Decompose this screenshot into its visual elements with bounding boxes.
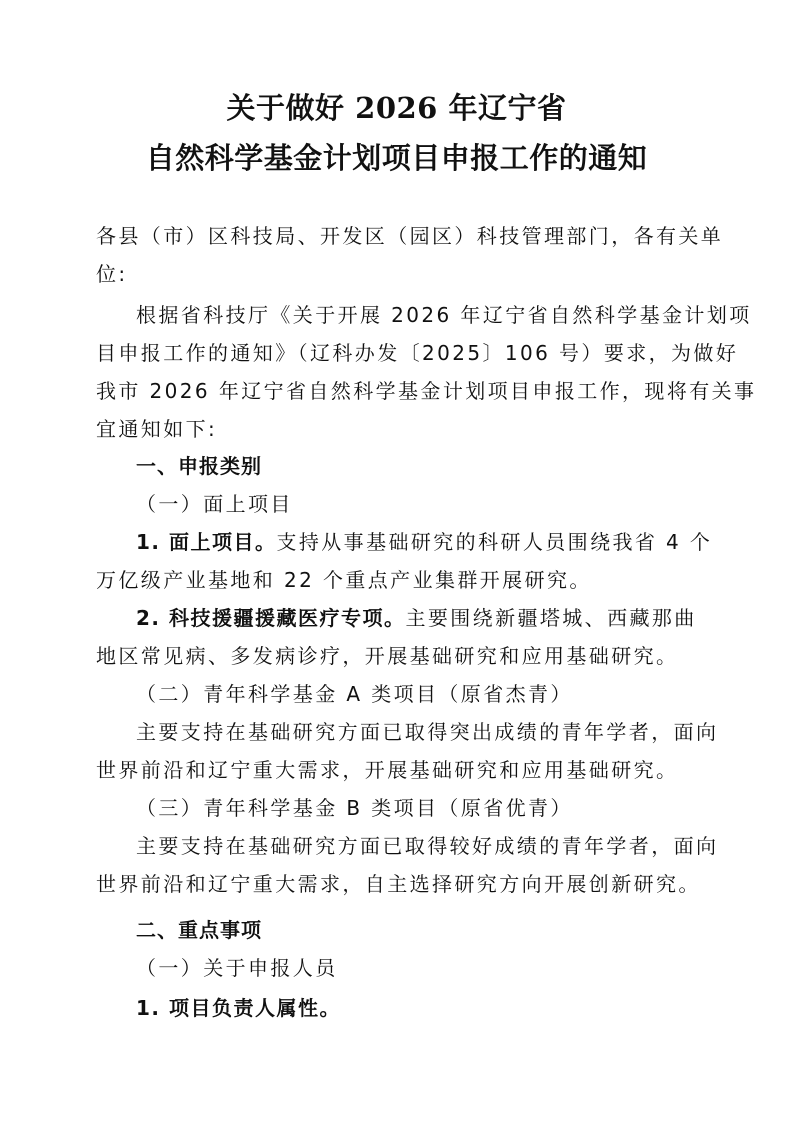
- section-1-sub-3-text-line-2: 世界前沿和辽宁重大需求，自主选择研究方向开展创新研究。: [96, 870, 701, 898]
- section-1-item-2-line-2: 地区常见病、多发病诊疗，开展基础研究和应用基础研究。: [96, 642, 678, 670]
- section-1-sub-2-heading: （二）青年科学基金 A 类项目（原省杰青）: [136, 680, 573, 708]
- intro-line-3: 我市 2026 年辽宁省自然科学基金计划项目申报工作，现将有关事: [96, 377, 756, 405]
- item-1-text: 支持从事基础研究的科研人员围绕我省 4 个: [276, 530, 712, 554]
- document-title-line-2: 自然科学基金计划项目申报工作的通知: [0, 136, 793, 177]
- section-1-item-2-line-1: 2. 科技援疆援藏医疗专项。主要围绕新疆塔城、西藏那曲: [136, 604, 697, 632]
- section-2-sub-1-heading: （一）关于申报人员: [136, 954, 338, 982]
- item-1-label: 1. 面上项目。: [136, 530, 276, 554]
- salutation-line-2: 位:: [96, 260, 128, 288]
- section-1-sub-3-text-line-1: 主要支持在基础研究方面已取得较好成绩的青年学者，面向: [136, 832, 718, 860]
- intro-line-1: 根据省科技厅《关于开展 2026 年辽宁省自然科学基金计划项: [136, 301, 752, 329]
- intro-line-2: 目申报工作的通知》（辽科办发〔2025〕106 号）要求，为做好: [96, 339, 738, 367]
- section-1-sub-2-text-line-2: 世界前沿和辽宁重大需求，开展基础研究和应用基础研究。: [96, 756, 678, 784]
- section-1-sub-3-heading: （三）青年科学基金 B 类项目（原省优青）: [136, 794, 573, 822]
- salutation-line-1: 各县（市）区科技局、开发区（园区）科技管理部门，各有关单: [96, 222, 723, 250]
- section-1-item-1-line-1: 1. 面上项目。支持从事基础研究的科研人员围绕我省 4 个: [136, 528, 712, 556]
- section-1-sub-1-heading: （一）面上项目: [136, 490, 293, 518]
- item-2-label: 2. 科技援疆援藏医疗专项。: [136, 606, 405, 630]
- item-2-text: 主要围绕新疆塔城、西藏那曲: [405, 606, 696, 630]
- intro-line-4: 宜通知如下:: [96, 415, 217, 443]
- section-1-sub-2-text-line-1: 主要支持在基础研究方面已取得突出成绩的青年学者，面向: [136, 718, 718, 746]
- section-2-heading: 二、重点事项: [136, 916, 262, 944]
- section-1-item-1-line-2: 万亿级产业基地和 22 个重点产业集群开展研究。: [96, 566, 592, 594]
- document-page: 关于做好 2026 年辽宁省 自然科学基金计划项目申报工作的通知 各县（市）区科…: [0, 0, 793, 1122]
- document-title-line-1: 关于做好 2026 年辽宁省: [0, 86, 793, 127]
- section-2-item-1-label: 1. 项目负责人属性。: [136, 994, 341, 1022]
- section-1-heading: 一、申报类别: [136, 452, 262, 480]
